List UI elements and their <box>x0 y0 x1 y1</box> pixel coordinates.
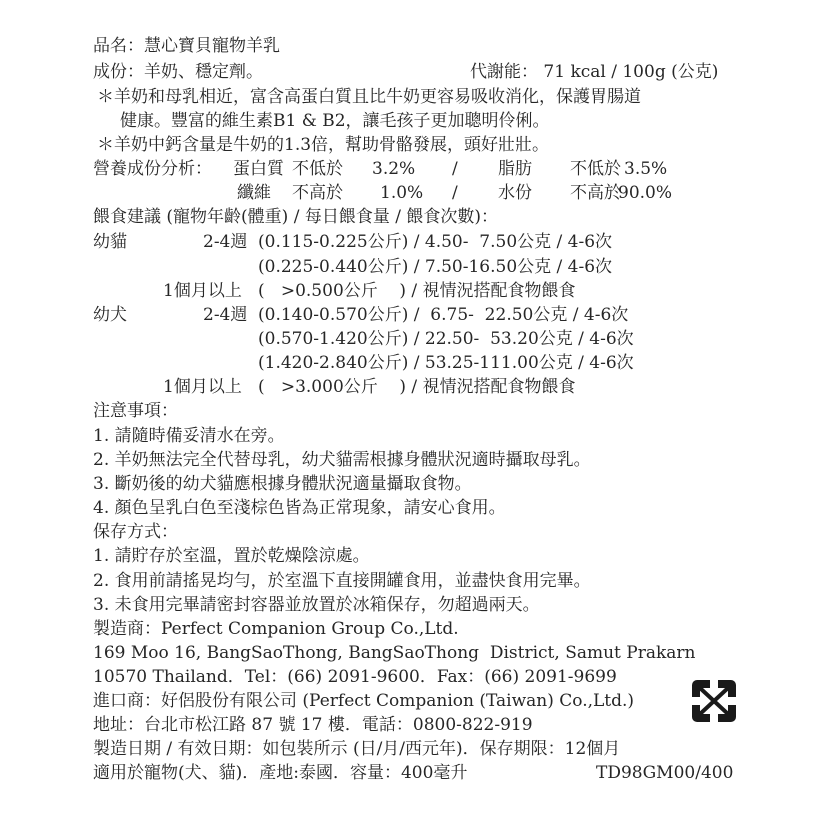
product-name: 品名：慧心寶貝寵物羊乳 <box>93 35 280 57</box>
caution-item: 4. 顏色呈乳白色至淺棕色皆為正常現象，請安心食用。 <box>93 497 506 519</box>
nutrition-val: 3.5% <box>624 158 667 180</box>
storage-heading: 保存方式： <box>93 521 178 543</box>
address-line-1: 169 Moo 16, BangSaoThong, BangSaoThong D… <box>93 642 696 664</box>
feeding-heading: 餵食建議 (寵物年齡(體重) / 每日餵食量 / 餵食次數)： <box>93 206 498 228</box>
manufacturer: 製造商：Perfect Companion Group Co.,Ltd. <box>93 618 459 640</box>
energy: 代謝能： 71 kcal / 100g (公克) <box>470 61 718 83</box>
recycle-icon <box>692 680 736 722</box>
nutrition-sep: / <box>452 182 458 204</box>
nutrition-name: 脂肪 <box>498 158 532 180</box>
nutrition-sep: / <box>452 158 458 180</box>
importer-address: 地址：台北市松江路 87 號 17 樓．電話：0800-822-919 <box>93 714 533 736</box>
importer: 進口商：好侶股份有限公司 (Perfect Companion (Taiwan)… <box>93 690 634 712</box>
nutrition-name: 纖維 <box>237 182 271 204</box>
bullet-2: ＊羊奶中鈣含量是牛奶的1.3倍，幫助骨骼發展，頭好壯壯。 <box>97 134 549 156</box>
kitten-detail: (0.115-0.225公斤) / 4.50- 7.50公克 / 4-6次 <box>258 231 612 253</box>
caution-item: 3. 斷奶後的幼犬貓應根據身體狀況適量攝取食物。 <box>93 473 472 495</box>
nutrition-val: 1.0% <box>380 182 423 204</box>
nutrition-cmp: 不高於 <box>570 182 621 204</box>
address-line-2: 10570 Thailand．Tel：(66) 2091-9600．Fax：(6… <box>93 666 617 688</box>
nutrition-name: 蛋白質 <box>233 158 284 180</box>
kitten-detail: ( >0.500公斤 ) / 視情況搭配食物餵食 <box>258 280 576 302</box>
puppy-age: 1個月以上 <box>163 376 242 398</box>
cautions-heading: 注意事項： <box>93 400 178 422</box>
nutrition-cmp: 不低於 <box>292 158 343 180</box>
caution-item: 2. 羊奶無法完全代替母乳，幼犬貓需根據身體狀況適時攝取母乳。 <box>93 449 591 471</box>
nutrition-cmp: 不低於 <box>570 158 621 180</box>
puppy-age: 2-4週 <box>203 304 247 326</box>
puppy-detail: (0.570-1.420公斤) / 22.50- 53.20公克 / 4-6次 <box>258 328 634 350</box>
ingredients: 成份：羊奶、穩定劑。 <box>93 61 263 83</box>
applicable: 適用於寵物(犬、貓)．產地:泰國．容量：400毫升 <box>93 762 467 784</box>
nutrition-val: 90.0% <box>618 182 672 204</box>
storage-item: 1. 請貯存於室溫，置於乾燥陰涼處。 <box>93 545 370 567</box>
kitten-age: 2-4週 <box>203 231 247 253</box>
kitten-detail: (0.225-0.440公斤) / 7.50-16.50公克 / 4-6次 <box>258 256 612 278</box>
puppy-label: 幼犬 <box>93 304 127 326</box>
puppy-detail: ( >3.000公斤 ) / 視情況搭配食物餵食 <box>258 376 576 398</box>
caution-item: 1. 請隨時備妥清水在旁。 <box>93 425 285 447</box>
storage-item: 3. 未食用完畢請密封容器並放置於冰箱保存，勿超過兩天。 <box>93 594 540 616</box>
product-code: TD98GM00/400 <box>596 762 733 784</box>
nutrition-val: 3.2% <box>372 158 415 180</box>
bullet-1: ＊羊奶和母乳相近，富含高蛋白質且比牛奶更容易吸收消化，保護胃腸道 <box>97 86 641 108</box>
dates: 製造日期 / 有效日期：如包裝所示 (日/月/西元年)．保存期限：12個月 <box>93 738 620 760</box>
nutrition-cmp: 不高於 <box>292 182 343 204</box>
nutrition-heading: 營養成份分析： <box>93 158 212 180</box>
storage-item: 2. 食用前請搖晃均勻，於室溫下直接開罐食用，並盡快食用完畢。 <box>93 570 591 592</box>
kitten-label: 幼貓 <box>93 231 127 253</box>
puppy-detail: (0.140-0.570公斤) / 6.75- 22.50公克 / 4-6次 <box>258 304 628 326</box>
bullet-1-cont: 健康。豐富的維生素B1 & B2，讓毛孩子更加聰明伶俐。 <box>120 110 550 132</box>
nutrition-name: 水份 <box>498 182 532 204</box>
puppy-detail: (1.420-2.840公斤) / 53.25-111.00公克 / 4-6次 <box>258 352 634 374</box>
kitten-age: 1個月以上 <box>163 280 242 302</box>
